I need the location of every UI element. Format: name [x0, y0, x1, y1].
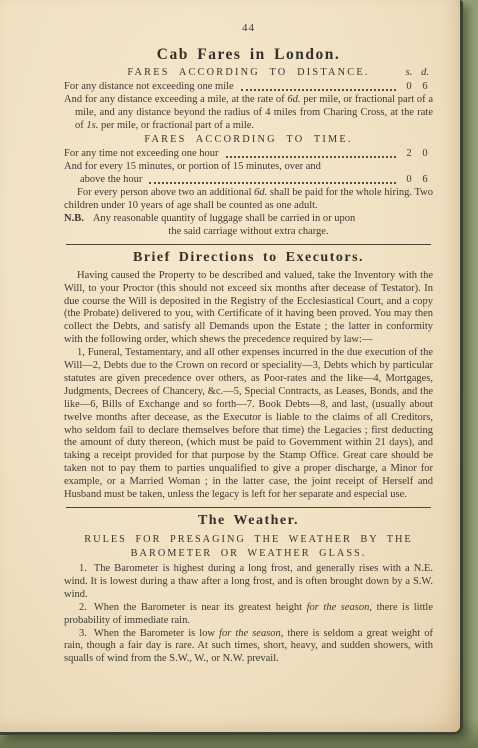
fares-time-heading-row: FARES ACCORDING TO TIME. [64, 134, 433, 147]
weather-subtitle-line1: RULES FOR PRESAGING THE WEATHER BY THE [64, 533, 433, 547]
nota-bene-label: N.B. [64, 213, 84, 224]
executors-paragraph-2: 1, Funeral, Testamentary, and all other … [64, 347, 433, 502]
shillings-header: s. [401, 67, 417, 80]
fare-label: For any time not exceeding one hour [64, 148, 219, 161]
rule-text: When the Barometer is near its greatest … [64, 602, 433, 626]
fare-label: above the hour [64, 174, 142, 187]
page-number: 44 [64, 22, 433, 35]
fares-time-heading: FARES ACCORDING TO TIME. [144, 134, 352, 145]
fare-row-distance: For any distance not exceeding one mile … [64, 81, 433, 94]
fares-distance-heading: FARES ACCORDING TO DISTANCE. [127, 67, 369, 78]
nota-bene-line: N.B.Any reasonable quantity of luggage s… [64, 213, 433, 226]
nota-bene-line2: the said carriage without extra charge. [64, 226, 433, 239]
weather-rule-2: 2.When the Barometer is near its greates… [64, 602, 433, 628]
dotted-leader [226, 155, 396, 158]
weather-rule-3: 3.When the Barometer is low for the seas… [64, 628, 433, 667]
rule-number: 2. [79, 602, 87, 613]
section-divider-rule [66, 244, 431, 245]
weather-rule-1: 1.The Barometer is highest during a long… [64, 563, 433, 602]
dotted-leader [241, 88, 396, 91]
section-weather: The Weather. RULES FOR PRESAGING THE WEA… [64, 512, 433, 666]
fare-pence: 6 [417, 81, 433, 94]
section-cab-fares: Cab Fares in London. FARES ACCORDING TO … [64, 46, 433, 239]
shillings-pence-header: s. d. [401, 67, 433, 80]
rule-text: The Barometer is highest during a long f… [64, 563, 433, 600]
fare-shillings: 0 [401, 81, 417, 94]
book-scan-backdrop: { "colors": { "paper": "#f0e1c3", "ink":… [0, 0, 478, 748]
rule-number: 1. [79, 563, 87, 574]
cab-fares-title: Cab Fares in London. [64, 46, 433, 64]
nota-bene-text: Any reasonable quantity of luggage shall… [93, 213, 355, 224]
fare-row-above-hour: above the hour 0 6 [64, 174, 433, 187]
fare-shillings: 2 [401, 148, 417, 161]
fare-row-time: For any time not exceeding one hour 2 0 [64, 148, 433, 161]
fare-label: For any distance not exceeding one mile [64, 81, 234, 94]
section-executors: Brief Directions to Executors. Having ca… [64, 249, 433, 502]
section-divider-rule [66, 507, 431, 508]
pence-header: d. [417, 67, 433, 80]
rule-text: When the Barometer is low for the season… [64, 628, 433, 665]
fare-pence: 6 [417, 174, 433, 187]
extra-person-paragraph: For every person above two an additional… [64, 187, 433, 213]
fare-pence: 0 [417, 148, 433, 161]
executors-paragraph-1: Having caused the Property to be describ… [64, 270, 433, 347]
dotted-leader [149, 181, 396, 184]
executors-title: Brief Directions to Executors. [64, 249, 433, 267]
weather-title: The Weather. [64, 512, 433, 530]
book-page: 44 Cab Fares in London. FARES ACCORDING … [0, 0, 463, 735]
fare-time-continuation-line: And for every 15 minutes, or portion of … [64, 161, 433, 174]
rule-number: 3. [79, 628, 87, 639]
fares-distance-heading-row: FARES ACCORDING TO DISTANCE. s. d. [64, 67, 433, 80]
fare-shillings: 0 [401, 174, 417, 187]
distance-rate-paragraph: And for any distance exceeding a mile, a… [75, 94, 433, 133]
weather-subtitle-line2: BAROMETER OR WEATHER GLASS. [64, 547, 433, 561]
